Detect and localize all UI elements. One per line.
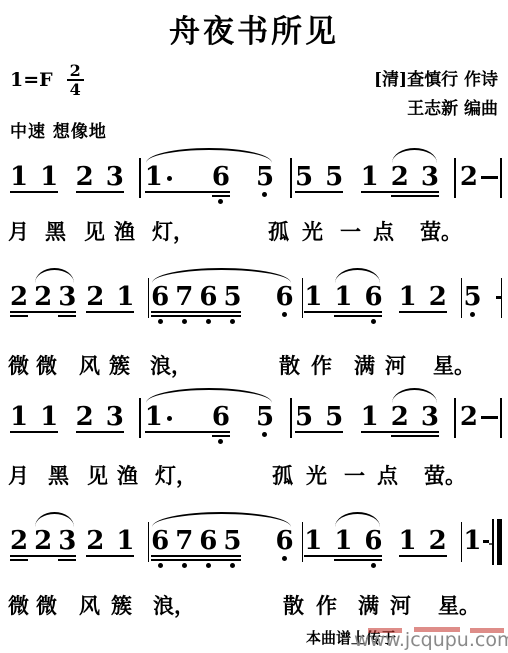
beam-line — [10, 311, 76, 313]
note: 7 — [175, 528, 193, 554]
note: 6 — [199, 284, 217, 310]
note: 6 — [199, 528, 217, 554]
note: 2 — [460, 164, 478, 190]
note: 2 — [391, 164, 409, 190]
final-barline — [492, 519, 502, 565]
arranger-credit: 王志新 编曲 — [374, 95, 498, 124]
watermark: 本曲谱上传于 www.jcqupu.com — [302, 623, 508, 653]
beam-line — [10, 191, 58, 193]
beam-line-2 — [391, 195, 439, 197]
lyric-syllable: 渔 — [114, 216, 135, 246]
note-group: 223 — [8, 510, 84, 570]
system-4-notes: 2232167656116121 — [8, 510, 502, 582]
beam-line — [86, 555, 134, 557]
note: 2 — [429, 528, 447, 554]
note: 1 — [145, 404, 172, 430]
system-2-lyrics: 微微风簇浪，散作满河星。 — [0, 350, 508, 380]
octave-dot — [470, 312, 475, 317]
note: 1 — [399, 284, 417, 310]
note-group: 2 — [458, 146, 480, 206]
note: 3 — [106, 404, 124, 430]
note: 1 — [10, 164, 28, 190]
note-group: 5 — [461, 266, 495, 326]
note-group: 23 — [74, 146, 138, 206]
beam-line — [145, 191, 230, 193]
note: 1 — [116, 528, 134, 554]
note: 3 — [106, 164, 124, 190]
lyric-syllable: 微 — [36, 590, 57, 620]
octave-dot — [282, 312, 287, 317]
note: 1 — [463, 528, 481, 554]
beam-line — [304, 311, 382, 313]
lyric-syllable: 点 — [377, 460, 398, 490]
note-group: 67656 — [149, 266, 301, 326]
note-group: 11 — [8, 386, 72, 446]
note-group: 23 — [74, 386, 138, 446]
barline — [290, 398, 292, 438]
octave-dot — [182, 319, 187, 324]
beam-line-2 — [212, 435, 230, 437]
octave-dot — [371, 319, 376, 324]
lyric-syllable: 浪， — [153, 590, 195, 620]
note: 1 — [40, 404, 58, 430]
lyric-syllable: 萤。 — [420, 216, 462, 246]
lyric-syllable: 河 — [390, 590, 411, 620]
final-barline-thin — [492, 519, 494, 565]
lyric-syllable: 光 — [302, 216, 323, 246]
note: 3 — [58, 284, 76, 310]
note: 6 — [151, 528, 169, 554]
beam-line-2 — [151, 559, 241, 561]
note: 6 — [276, 284, 294, 310]
note-group: 165 — [143, 146, 288, 206]
note: 1 — [40, 164, 58, 190]
octave-dot — [158, 319, 163, 324]
system-3-notes: 1123165551232 — [8, 386, 502, 458]
lyric-syllable: 孤 — [268, 216, 289, 246]
octave-dot — [218, 439, 223, 444]
note-group: 21 — [84, 510, 148, 570]
note-group: 116 — [302, 510, 396, 570]
watermark-link[interactable]: www.jcqupu.com — [354, 629, 508, 651]
lyric-syllable: 光 — [306, 460, 327, 490]
lyric-syllable: 风 — [79, 590, 100, 620]
lyric-syllable: 见 — [87, 460, 108, 490]
beam-line-2 — [391, 435, 439, 437]
note: 5 — [325, 164, 343, 190]
beam-line-2 — [151, 315, 241, 317]
note: 1 — [399, 528, 417, 554]
note: 1 — [304, 528, 322, 554]
note: 2 — [86, 284, 104, 310]
augmentation-dot — [167, 176, 172, 181]
slur-arc — [35, 268, 74, 283]
note: 5 — [256, 164, 274, 190]
beam-line — [10, 555, 76, 557]
octave-dot — [282, 556, 287, 561]
lyric-syllable: 河 — [385, 350, 406, 380]
slur-arc — [35, 512, 74, 527]
note: 1 — [334, 284, 352, 310]
beam-line-2 — [10, 559, 28, 561]
beam-line — [361, 191, 439, 193]
lyric-syllable: 点 — [373, 216, 394, 246]
lyric-syllable: 微 — [8, 350, 29, 380]
lyric-syllable: 月 — [8, 216, 29, 246]
beam-line — [86, 311, 134, 313]
key-signature: 1=F 2 4 — [10, 62, 84, 98]
note: 1 — [116, 284, 134, 310]
lyric-syllable: 灯， — [155, 460, 197, 490]
sheet-music-page: 舟夜书所见 1=F 2 4 [清]查慎行 作诗 王志新 编曲 中速 想像地 11… — [0, 0, 508, 653]
lyric-syllable: 见 — [84, 216, 105, 246]
lyric-syllable: 萤。 — [424, 460, 466, 490]
octave-dot — [182, 563, 187, 568]
note: 2 — [34, 284, 52, 310]
note: 5 — [223, 284, 241, 310]
note-group: 12 — [397, 510, 461, 570]
note-group: 55 — [293, 386, 357, 446]
octave-dot — [230, 563, 235, 568]
slur-arc — [392, 148, 437, 163]
lyric-syllable: 微 — [8, 590, 29, 620]
beam-line — [76, 191, 124, 193]
note-group: 55 — [293, 146, 357, 206]
octave-dot — [158, 563, 163, 568]
final-barline-thick — [497, 519, 502, 565]
beam-line — [151, 555, 241, 557]
lyric-syllable: 微 — [36, 350, 57, 380]
key-label: 1=F — [10, 69, 53, 91]
note: 1 — [334, 528, 352, 554]
note: 3 — [58, 528, 76, 554]
note: 2 — [76, 404, 94, 430]
lyric-syllable: 散 — [283, 590, 304, 620]
beam-line-2 — [58, 559, 76, 561]
note: 3 — [421, 404, 439, 430]
lyric-syllable: 散 — [279, 350, 300, 380]
beam-line-2 — [212, 195, 230, 197]
system-4-lyrics: 微微风簇浪，散作满河星。 — [0, 590, 508, 620]
lyric-syllable: 作 — [311, 350, 332, 380]
lyric-syllable: 孤 — [272, 460, 293, 490]
beam-line-2 — [334, 559, 382, 561]
beam-line — [399, 555, 447, 557]
lyric-syllable: 一 — [344, 460, 365, 490]
lyric-syllable: 风 — [79, 350, 100, 380]
beam-line — [304, 555, 382, 557]
note: 2 — [460, 404, 478, 430]
slur-arc — [146, 388, 272, 403]
note: 2 — [391, 404, 409, 430]
time-signature-denominator: 4 — [67, 79, 84, 98]
note: 2 — [76, 164, 94, 190]
beam-line — [361, 431, 439, 433]
note-group: 123 — [359, 386, 453, 446]
note: 6 — [212, 164, 230, 190]
note: 1 — [361, 404, 379, 430]
note: 2 — [10, 528, 28, 554]
note: 5 — [295, 404, 313, 430]
barline — [290, 158, 292, 198]
half-note-dash — [481, 176, 498, 179]
lyric-syllable: 星。 — [438, 590, 480, 620]
lyric-syllable: 星。 — [433, 350, 475, 380]
lyric-syllable: 一 — [340, 216, 361, 246]
beam-line — [399, 311, 447, 313]
beam-line — [76, 431, 124, 433]
note: 2 — [34, 528, 52, 554]
note: 5 — [295, 164, 313, 190]
tempo-marking: 中速 想像地 — [10, 117, 107, 142]
slur-arc — [335, 268, 380, 283]
beam-line-2 — [10, 315, 28, 317]
note: 2 — [86, 528, 104, 554]
barline — [454, 398, 456, 438]
time-signature-numerator: 2 — [67, 62, 84, 79]
note: 6 — [275, 528, 293, 554]
barline — [500, 398, 502, 438]
note-group: 123 — [359, 146, 453, 206]
slur-arc — [146, 148, 272, 163]
note-group: 116 — [302, 266, 396, 326]
augmentation-dot — [167, 416, 172, 421]
beam-line-2 — [334, 315, 382, 317]
note: 7 — [175, 284, 193, 310]
note: 6 — [364, 528, 382, 554]
system-1-notes: 1123165551232 — [8, 146, 502, 218]
note-group: 67656 — [149, 510, 301, 570]
note: 1 — [10, 404, 28, 430]
barline — [139, 398, 141, 438]
note: 5 — [256, 404, 274, 430]
half-note-dash — [481, 416, 498, 419]
note: 5 — [223, 528, 241, 554]
beam-line — [151, 311, 241, 313]
beam-line — [295, 431, 343, 433]
time-signature: 2 4 — [67, 62, 84, 98]
beam-line — [295, 191, 343, 193]
beam-line-2 — [58, 315, 76, 317]
note: 5 — [325, 404, 343, 430]
octave-dot — [206, 319, 211, 324]
note: 1 — [361, 164, 379, 190]
lyric-syllable: 簇 — [109, 350, 130, 380]
system-2-notes: 2232167656116125 — [8, 266, 502, 338]
lyric-syllable: 黑 — [45, 216, 66, 246]
lyric-syllable: 簇 — [111, 590, 132, 620]
lyric-syllable: 满 — [358, 590, 379, 620]
octave-dot — [230, 319, 235, 324]
note-group: 223 — [8, 266, 84, 326]
beam-line — [10, 431, 58, 433]
barline — [139, 158, 141, 198]
system-3-lyrics: 月黑见渔灯，孤光一点萤。 — [0, 460, 508, 490]
note: 5 — [463, 284, 481, 310]
note: 2 — [429, 284, 447, 310]
lyric-syllable: 灯， — [152, 216, 194, 246]
barline — [500, 158, 502, 198]
lyric-syllable: 渔 — [117, 460, 138, 490]
lyric-syllable: 黑 — [48, 460, 69, 490]
song-title: 舟夜书所见 — [0, 6, 508, 51]
note-group: 11 — [8, 146, 72, 206]
barline — [454, 158, 456, 198]
note: 3 — [421, 164, 439, 190]
note: 1 — [304, 284, 322, 310]
octave-dot — [262, 192, 267, 197]
lyric-syllable: 浪， — [150, 350, 192, 380]
slur-arc — [392, 388, 437, 403]
note-group: 21 — [84, 266, 148, 326]
octave-dot — [206, 563, 211, 568]
note-group: 165 — [143, 386, 288, 446]
note: 6 — [365, 284, 383, 310]
credits: [清]查慎行 作诗 王志新 编曲 — [374, 66, 498, 124]
note: 6 — [212, 404, 230, 430]
barline — [501, 278, 502, 318]
octave-dot — [218, 199, 223, 204]
slur-arc — [152, 512, 291, 527]
poet-credit: [清]查慎行 作诗 — [374, 66, 498, 95]
note: 1 — [145, 164, 172, 190]
note-group: 1 — [461, 510, 483, 570]
note: 6 — [151, 284, 169, 310]
octave-dot — [262, 432, 267, 437]
note-group: 12 — [397, 266, 461, 326]
lyric-syllable: 满 — [354, 350, 375, 380]
note-group: 2 — [458, 386, 480, 446]
note: 2 — [10, 284, 28, 310]
lyric-syllable: 月 — [8, 460, 29, 490]
octave-dot — [371, 563, 376, 568]
lyric-syllable: 作 — [316, 590, 337, 620]
slur-arc — [152, 268, 291, 283]
beam-line — [145, 431, 230, 433]
slur-arc — [335, 512, 380, 527]
system-1-lyrics: 月黑见渔灯，孤光一点萤。 — [0, 216, 508, 246]
